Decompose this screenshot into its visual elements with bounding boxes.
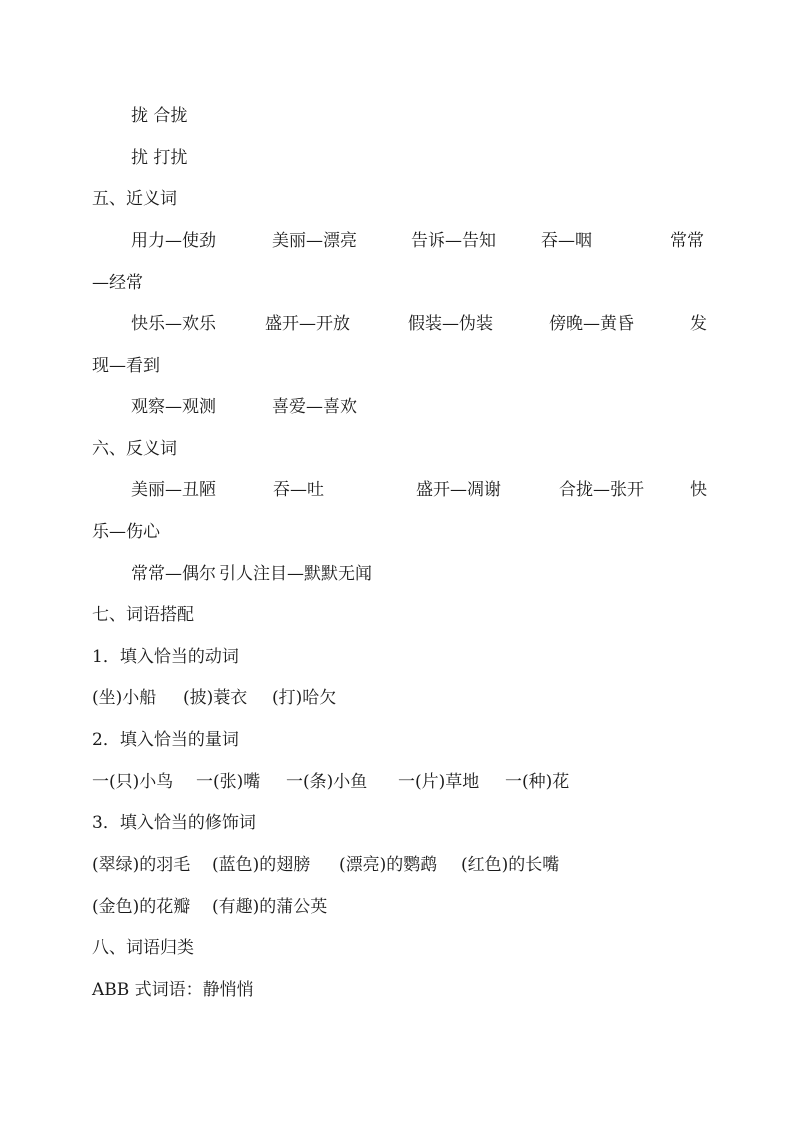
text-segment: 盛开—开放 bbox=[265, 312, 350, 336]
text-line: 常常—偶尔引人注目—默默无闻 bbox=[0, 562, 793, 586]
text-segment: (蓝色)的翅膀 bbox=[212, 853, 310, 877]
text-segment: 扰 打扰 bbox=[131, 146, 187, 170]
text-line: 观察—观测喜爱—喜欢 bbox=[0, 395, 793, 419]
text-line: 七、词语搭配 bbox=[0, 603, 793, 627]
text-segment: 六、反义词 bbox=[92, 437, 177, 461]
text-segment: ABB 式词语：静悄悄 bbox=[92, 978, 254, 1002]
text-segment: 2．填入恰当的量词 bbox=[92, 728, 239, 752]
text-segment: (漂亮)的鹦鹉 bbox=[339, 853, 437, 877]
text-line: 用力—使劲美丽—漂亮告诉—告知吞—咽常常 bbox=[0, 229, 793, 253]
text-segment: (打)哈欠 bbox=[272, 686, 336, 710]
text-segment: 快乐—欢乐 bbox=[131, 312, 216, 336]
text-line: 1．填入恰当的动词 bbox=[0, 645, 793, 669]
text-line: 一(只)小鸟一(张)嘴一(条)小鱼一(片)草地一(种)花 bbox=[0, 770, 793, 794]
text-segment: 引人注目—默默无闻 bbox=[219, 562, 372, 586]
text-segment: 1．填入恰当的动词 bbox=[92, 645, 239, 669]
text-segment: (坐)小船 bbox=[92, 686, 156, 710]
text-segment: 一(张)嘴 bbox=[196, 770, 260, 794]
text-segment: (金色)的花瓣 bbox=[92, 895, 190, 919]
text-segment: 合拢—张开 bbox=[559, 478, 644, 502]
text-line: 六、反义词 bbox=[0, 437, 793, 461]
text-segment: 拢 合拢 bbox=[131, 104, 187, 128]
text-line: 扰 打扰 bbox=[0, 146, 793, 170]
text-segment: 喜爱—喜欢 bbox=[272, 395, 357, 419]
text-line: (翠绿)的羽毛(蓝色)的翅膀(漂亮)的鹦鹉(红色)的长嘴 bbox=[0, 853, 793, 877]
text-line: 美丽—丑陋吞—吐盛开—凋谢合拢—张开快 bbox=[0, 478, 793, 502]
text-segment: 五、近义词 bbox=[92, 187, 177, 211]
text-segment: (披)蓑衣 bbox=[183, 686, 247, 710]
text-segment: 八、词语归类 bbox=[92, 936, 194, 960]
text-segment: 常常—偶尔 bbox=[131, 562, 216, 586]
text-line: 3．填入恰当的修饰词 bbox=[0, 811, 793, 835]
text-segment: 3．填入恰当的修饰词 bbox=[92, 811, 256, 835]
text-line: (坐)小船(披)蓑衣(打)哈欠 bbox=[0, 686, 793, 710]
text-segment: 傍晚—黄昏 bbox=[549, 312, 634, 336]
text-segment: 美丽—漂亮 bbox=[272, 229, 357, 253]
text-segment: (有趣)的蒲公英 bbox=[212, 895, 327, 919]
text-segment: 吞—吐 bbox=[273, 478, 324, 502]
text-line: 五、近义词 bbox=[0, 187, 793, 211]
text-segment: 吞—咽 bbox=[541, 229, 592, 253]
text-segment: (红色)的长嘴 bbox=[461, 853, 559, 877]
text-segment: (翠绿)的羽毛 bbox=[92, 853, 190, 877]
text-segment: 美丽—丑陋 bbox=[131, 478, 216, 502]
text-line: 八、词语归类 bbox=[0, 936, 793, 960]
text-segment: 一(种)花 bbox=[505, 770, 569, 794]
text-segment: —经常 bbox=[92, 271, 143, 295]
text-segment: 假装—伪装 bbox=[408, 312, 493, 336]
text-segment: 常常 bbox=[670, 229, 704, 253]
text-segment: 乐—伤心 bbox=[92, 520, 160, 544]
text-segment: 七、词语搭配 bbox=[92, 603, 194, 627]
text-segment: 现—看到 bbox=[92, 354, 160, 378]
text-line: —经常 bbox=[0, 271, 793, 295]
text-segment: 盛开—凋谢 bbox=[416, 478, 501, 502]
text-segment: 快 bbox=[690, 478, 707, 502]
text-line: 2．填入恰当的量词 bbox=[0, 728, 793, 752]
text-segment: 用力—使劲 bbox=[131, 229, 216, 253]
text-line: 现—看到 bbox=[0, 354, 793, 378]
text-segment: 一(片)草地 bbox=[398, 770, 479, 794]
text-segment: 观察—观测 bbox=[131, 395, 216, 419]
text-segment: 一(条)小鱼 bbox=[286, 770, 367, 794]
text-segment: 告诉—告知 bbox=[411, 229, 496, 253]
text-segment: 一(只)小鸟 bbox=[92, 770, 173, 794]
text-line: 乐—伤心 bbox=[0, 520, 793, 544]
text-line: 拢 合拢 bbox=[0, 104, 793, 128]
text-line: (金色)的花瓣(有趣)的蒲公英 bbox=[0, 895, 793, 919]
text-line: ABB 式词语：静悄悄 bbox=[0, 978, 793, 1002]
text-line: 快乐—欢乐盛开—开放假装—伪装傍晚—黄昏发 bbox=[0, 312, 793, 336]
text-segment: 发 bbox=[690, 312, 707, 336]
